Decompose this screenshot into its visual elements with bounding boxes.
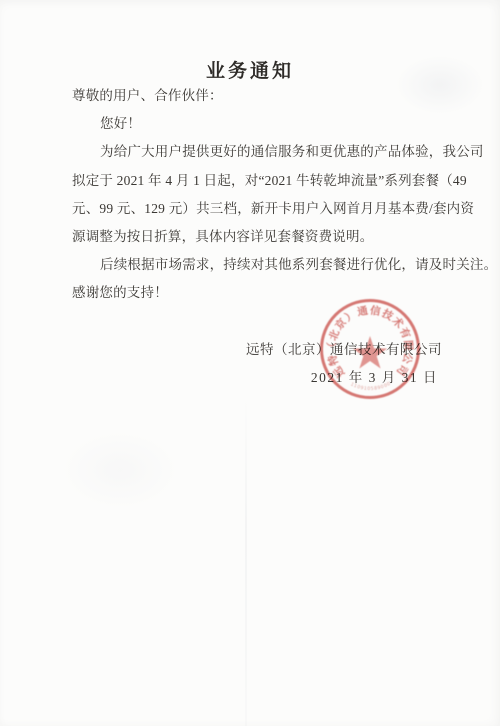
greeting-line: 您好！: [72, 110, 452, 138]
notice-body: 尊敬的用户、合作伙伴： 您好！ 为给广大用户提供更好的通信服务和更优惠的产品体验…: [72, 82, 452, 308]
closing-line: 感谢您的支持！: [72, 279, 452, 307]
body-line: 为给广大用户提供更好的通信服务和更优惠的产品体验，我公司: [72, 138, 452, 166]
signature-block: 远特（北京）通信技术有限公司 2021 年 3 月 31 日: [246, 341, 442, 386]
signature-company: 远特（北京）通信技术有限公司: [246, 341, 442, 358]
scan-smudge: [60, 430, 180, 510]
scan-crease: [245, 395, 247, 726]
body-line: 元、99 元、129 元）共三档，新开卡用户入网首月月基本费/套内资: [72, 195, 452, 223]
signature-date: 2021 年 3 月 31 日: [246, 369, 438, 386]
notice-document: 业务通知 尊敬的用户、合作伙伴： 您好！ 为给广大用户提供更好的通信服务和更优惠…: [0, 0, 500, 726]
salutation-line: 尊敬的用户、合作伙伴：: [72, 82, 452, 110]
body-line: 拟定于 2021 年 4 月 1 日起，对“2021 牛转乾坤流量”系列套餐（4…: [72, 167, 452, 195]
body-line: 后续根据市场需求，持续对其他系列套餐进行优化，请及时关注。: [72, 251, 452, 279]
notice-title: 业务通知: [0, 56, 500, 83]
body-line: 源调整为按日折算，具体内容详见套餐资费说明。: [72, 223, 452, 251]
